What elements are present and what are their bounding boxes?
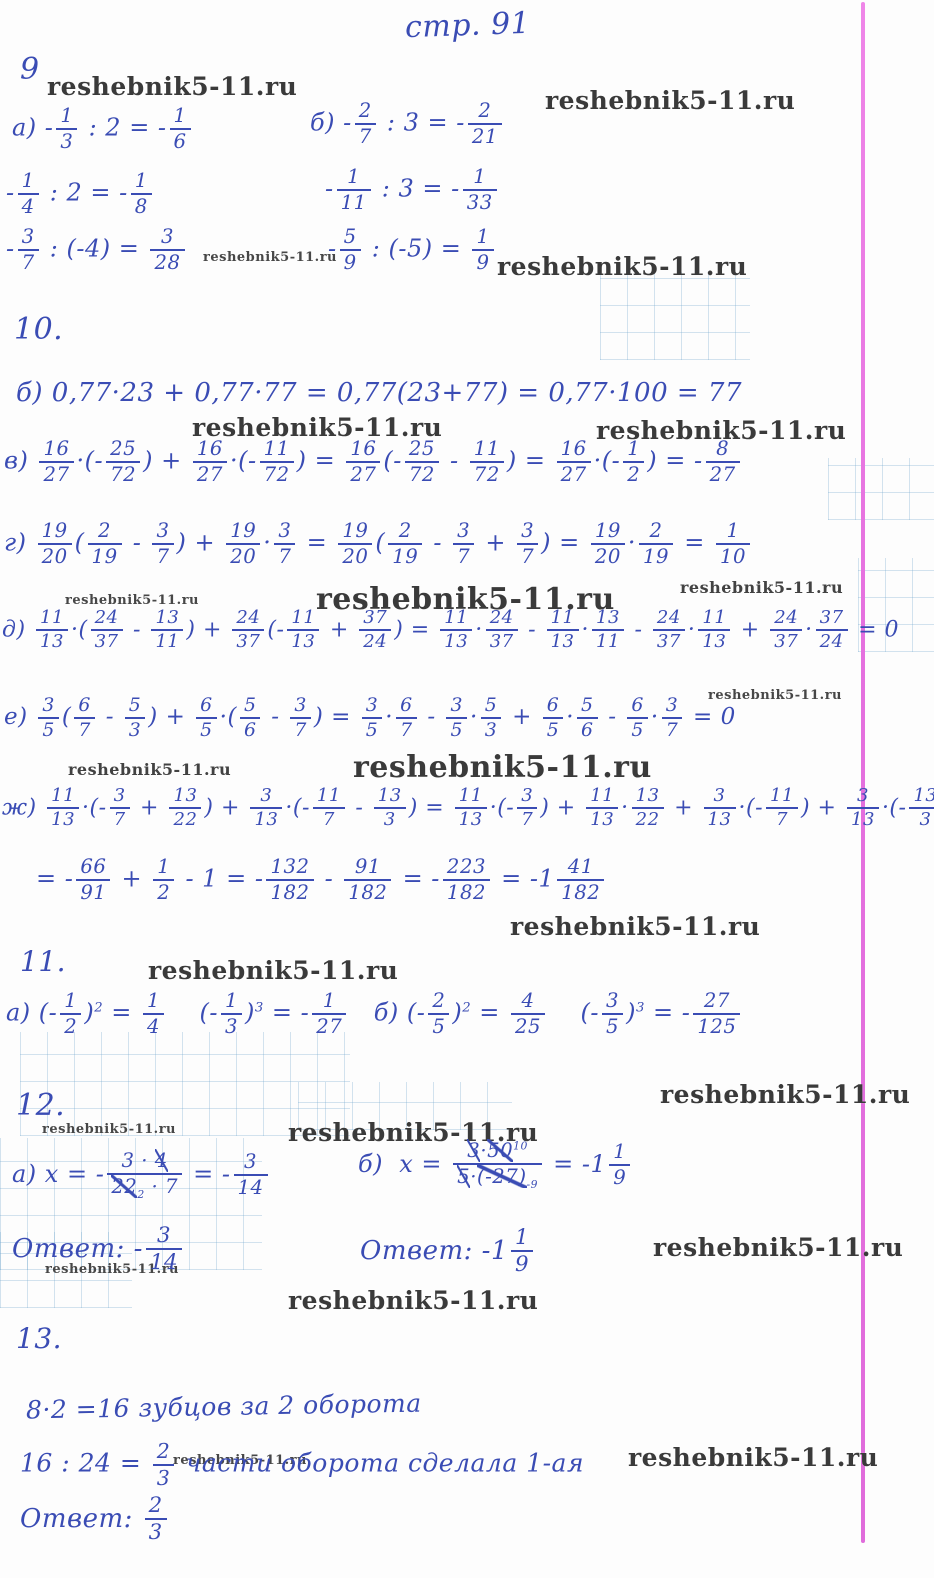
watermark: reshebnik5-11.ru <box>148 956 398 985</box>
math-line-9b3: -59 : (-5) = 19 <box>328 226 497 274</box>
problem-13-label: 13. <box>16 1322 62 1355</box>
math-line-11: а) (-12)2 = 14 (-13)3 = -127 б) (-25)2 =… <box>6 990 743 1038</box>
math-line-9b2: -111 : 3 = -133 <box>325 166 500 214</box>
math-line-10zh2: = -6691 + 12 - 1 = -132182 - 91182 = -22… <box>36 856 607 904</box>
math-line-10d: д) 1113·(2437 - 1311) + 2437(-1113 + 372… <box>2 608 899 653</box>
math-line-13-2: 16 : 24 = 23 части оборота сделала 1-ая <box>20 1440 584 1490</box>
math-line-10b: б) 0,77·23 + 0,77·77 = 0,77(23+77) = 0,7… <box>16 380 742 406</box>
math-line-13-1: 8·2 =16 зубцов за 2 оборота <box>26 1391 422 1423</box>
math-line-10e: е) 35(67 - 53) + 65·(56 - 37) = 35·67 - … <box>4 695 736 741</box>
margin-line <box>861 2 865 1543</box>
watermark: reshebnik5-11.ru <box>660 1080 910 1109</box>
watermark: reshebnik5-11.ru <box>65 593 199 608</box>
grid-patch <box>600 272 750 360</box>
notebook-page: стр. 91 reshebnik5-11.ru reshebnik5-11.r… <box>0 0 934 1578</box>
math-line-9a2: -14 : 2 = -18 <box>6 170 155 218</box>
watermark: reshebnik5-11.ru <box>545 86 795 115</box>
math-line-12a-answer: Ответ: -314 <box>12 1224 185 1276</box>
math-line-12b: б) x = 3·50105·(-27)-9 = -119 <box>358 1140 633 1191</box>
grid-patch <box>828 458 934 520</box>
watermark: reshebnik5-11.ru <box>47 72 297 101</box>
watermark: reshebnik5-11.ru <box>680 578 843 597</box>
math-line-10v: в) 1627·(-2572) + 1627·(-1172) = 1627(-2… <box>4 438 743 486</box>
problem-11-label: 11. <box>20 945 66 978</box>
page-number-header: стр. 91 <box>404 6 530 45</box>
watermark: reshebnik5-11.ru <box>42 1122 176 1137</box>
math-line-10g: г) 1920(219 - 37) + 1920·37 = 1920(219 -… <box>4 520 753 568</box>
problem-9-label: 9 <box>20 52 40 87</box>
watermark: reshebnik5-11.ru <box>203 250 337 265</box>
watermark: reshebnik5-11.ru <box>68 760 231 779</box>
math-line-9a3: -37 : (-4) = 328 <box>6 226 188 274</box>
math-line-12a: а) x = -3 · 4222 · 7 = -314 <box>12 1150 271 1201</box>
math-line-10zh1: ж) 1113·(-37 + 1322) + 313·(-117 - 133) … <box>2 786 934 831</box>
math-line-12b-answer: Ответ: -119 <box>360 1226 536 1278</box>
math-line-9a1: а) -13 : 2 = -16 <box>12 105 194 153</box>
watermark: reshebnik5-11.ru <box>510 912 760 941</box>
watermark: reshebnik5-11.ru <box>288 1286 538 1315</box>
problem-10-label: 10. <box>14 312 63 347</box>
math-line-9b1: б) -27 : 3 = -221 <box>310 100 505 148</box>
math-line-13-answer: Ответ: 23 <box>20 1494 170 1546</box>
watermark: reshebnik5-11.ru <box>653 1233 903 1262</box>
problem-12-label: 12. <box>16 1088 65 1123</box>
watermark: reshebnik5-11.ru <box>628 1443 878 1472</box>
watermark: reshebnik5-11.ru <box>353 750 652 785</box>
watermark: reshebnik5-11.ru <box>497 252 747 281</box>
